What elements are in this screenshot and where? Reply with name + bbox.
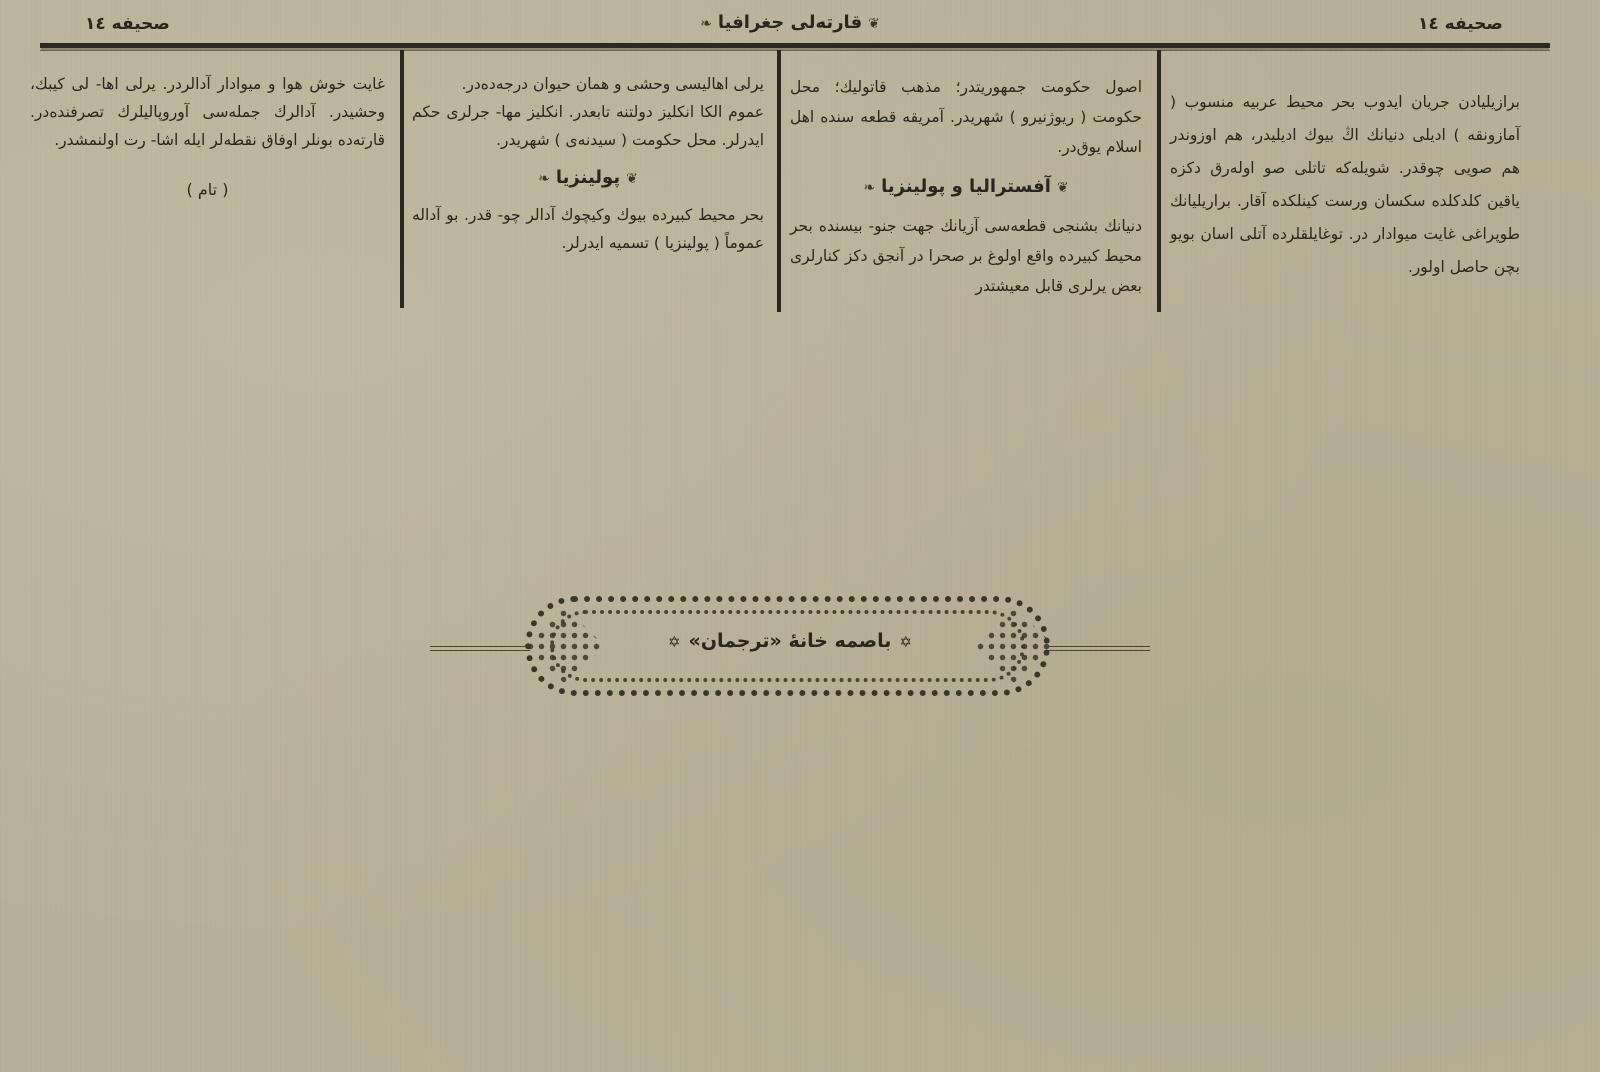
- column-divider: [1157, 50, 1161, 312]
- printer-colophon: ✡باصمه خانهٔ «ترجمان»✡: [430, 592, 1150, 702]
- paragraph: عموم الکا انکلیز دولتنه تابعدر. انکلیز م…: [412, 98, 764, 154]
- paragraph: بحر محیط کبیرده بیوك وکیچوك آدالر چو- قد…: [412, 201, 764, 257]
- text-column-center-right: اصول حکومت جمهوریتدر؛ مذهب قاتولیك؛ محل …: [790, 72, 1142, 301]
- fleuron-ornament-icon: ❧: [700, 16, 712, 32]
- page-number-left: صحیفه ١٤: [85, 14, 170, 34]
- fleuron-ornament-icon: ❦: [1057, 180, 1069, 196]
- page-number-right: صحیفه ١٤: [1418, 14, 1503, 34]
- text-column-rightmost: برازیلیادن جریان ایدوب بحر محیط عربیه من…: [1170, 86, 1520, 284]
- fleuron-ornament-icon: ❧: [863, 180, 875, 196]
- fleuron-ornament-icon: ❦: [626, 171, 638, 187]
- column-divider: [777, 50, 781, 312]
- text-column-center-left: یرلی اهالیسی وحشی و همان حیوان درجه‌ده‌د…: [412, 70, 764, 257]
- fleuron-ornament-icon: ❧: [538, 171, 550, 187]
- paragraph: دنیانك بشنجی قطعه‌سی آزیانك جهت جنو- بیس…: [790, 211, 1142, 301]
- end-mark: ( تام ): [30, 176, 385, 204]
- star-ornament-icon: ✡: [668, 633, 681, 651]
- paragraph: یرلی اهالیسی وحشی و همان حیوان درجه‌ده‌د…: [412, 70, 764, 98]
- column-divider: [400, 50, 404, 308]
- colophon-rule-right: [1048, 646, 1150, 651]
- fleuron-ornament-icon: ❦: [868, 16, 880, 32]
- star-ornament-icon: ✡: [899, 633, 912, 651]
- section-heading-australia-polynesia: ❦آفسترالیا و پولینزیا❧: [790, 172, 1142, 203]
- running-title: ❦قارته‌لی جغرافیا❧: [680, 12, 900, 33]
- header-rule: [40, 43, 1550, 48]
- section-heading-polynesia: ❦پولینزیا❧: [412, 164, 764, 193]
- colophon-rule-left: [430, 646, 530, 651]
- text-column-leftmost: غایت خوش هوا و میوادار آدالردر. یرلی اها…: [30, 70, 385, 204]
- paragraph: برازیلیادن جریان ایدوب بحر محیط عربیه من…: [1170, 86, 1520, 284]
- paragraph: غایت خوش هوا و میوادار آدالردر. یرلی اها…: [30, 70, 385, 154]
- colophon-text: ✡باصمه خانهٔ «ترجمان»✡: [610, 630, 970, 652]
- paragraph: اصول حکومت جمهوریتدر؛ مذهب قاتولیك؛ محل …: [790, 72, 1142, 162]
- running-title-text: قارته‌لی جغرافیا: [718, 12, 862, 33]
